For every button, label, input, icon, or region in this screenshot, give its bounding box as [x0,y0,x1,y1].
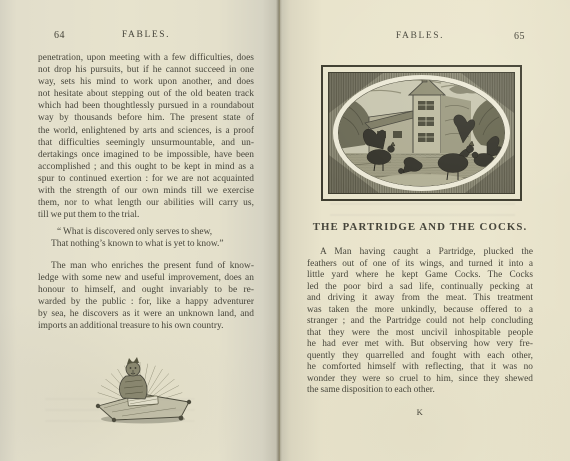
text-line: A Man having caught a Partridge, plucked… [307,247,533,259]
text-line: That nothing’s known to what is yet to k… [38,238,254,250]
fable-plate-icon [321,65,522,201]
text-line: honour to himself, and ought invariably … [38,284,254,296]
paragraph: The man who enriches the present fund of… [38,260,254,333]
text-line: till we put them to the trial. [38,209,254,221]
text-line: with the strength of our own minds till … [38,185,254,197]
text-line: “ What is discovered only serves to shew… [38,226,254,238]
text-line: ledge with some new and useful improveme… [38,272,254,284]
text-line: imports an additional treasure to his ow… [38,320,254,332]
text-line: he had ever met with. But observing how … [307,339,533,351]
text-line: which had been thoughtlessly pursued in … [38,100,254,112]
text-line: not drop his pursuits, but if he cannot … [38,64,254,76]
paragraph: penetration, upon meeting with a few dif… [38,52,254,221]
verse-quote: “ What is discovered only serves to shew… [38,226,254,250]
right-page-number: 65 [514,31,525,42]
text-line: by sea, he discovers as it were an unkno… [38,308,254,320]
text-line: feathers out of one of its wings, and tu… [307,259,533,271]
text-line: the world, enlightened by arts and scien… [38,125,254,137]
text-line: way, sets his mind to work upon another,… [38,76,254,88]
left-page-number: 64 [54,30,65,41]
text-line: that difficulties seemingly unsurmountab… [38,137,254,149]
text-line: wonder they were so cruel to him, since … [307,374,533,386]
text-line: warded by the public : for, like a happy… [38,296,254,308]
text-line: led the poor bird a sad life, continuall… [307,282,533,294]
text-line: spur to continued exertion : for we are … [38,173,254,185]
right-page-header: 65 FABLES. [307,31,533,43]
left-text-block: penetration, upon meeting with a few dif… [38,52,254,332]
partridge-and-cocks-engraving [321,65,522,201]
text-line: was taken the more unkindly, because off… [307,305,533,317]
text-line: them, nor to what length our abilities w… [38,197,254,209]
animal-on-cushion-vignette [88,350,206,426]
text-line: not hesitate about stepping out of the o… [38,88,254,100]
fable-title: THE PARTRIDGE AND THE COCKS. [304,221,536,233]
text-line: dertakings once imagined to be impossibl… [38,149,254,161]
right-text-block: A Man having caught a Partridge, plucked… [307,247,533,397]
text-line: way by thousands before him. The present… [38,112,254,124]
paragraph: A Man having caught a Partridge, plucked… [307,247,533,397]
text-line: stranger ; and the Partridge could not h… [307,316,533,328]
left-running-head: FABLES. [38,30,254,40]
tailpiece-vignette-icon [88,350,206,426]
right-running-head: FABLES. [307,31,533,41]
text-line: The man who enriches the present fund of… [38,260,254,272]
book-gutter [276,0,282,461]
text-line: accomplished ; and this ought to be kept… [38,161,254,173]
book-spread-scan: 64 FABLES. penetration, upon meeting wit… [0,0,570,461]
signature-mark: K [307,407,533,417]
text-line: little yard where he kept Game Cocks. Th… [307,270,533,282]
text-line: and driving it away from the meat. This … [307,293,533,305]
text-line: that they were the most uncivil inhospit… [307,328,533,340]
left-page-header: 64 FABLES. [38,30,254,42]
text-line: penetration, upon meeting with a few dif… [38,52,254,64]
text-line: the same disposition to each other. [307,385,533,397]
text-line: he comforted himself with reflecting, th… [307,362,533,374]
text-line: quently they quarrelled and fought with … [307,351,533,363]
